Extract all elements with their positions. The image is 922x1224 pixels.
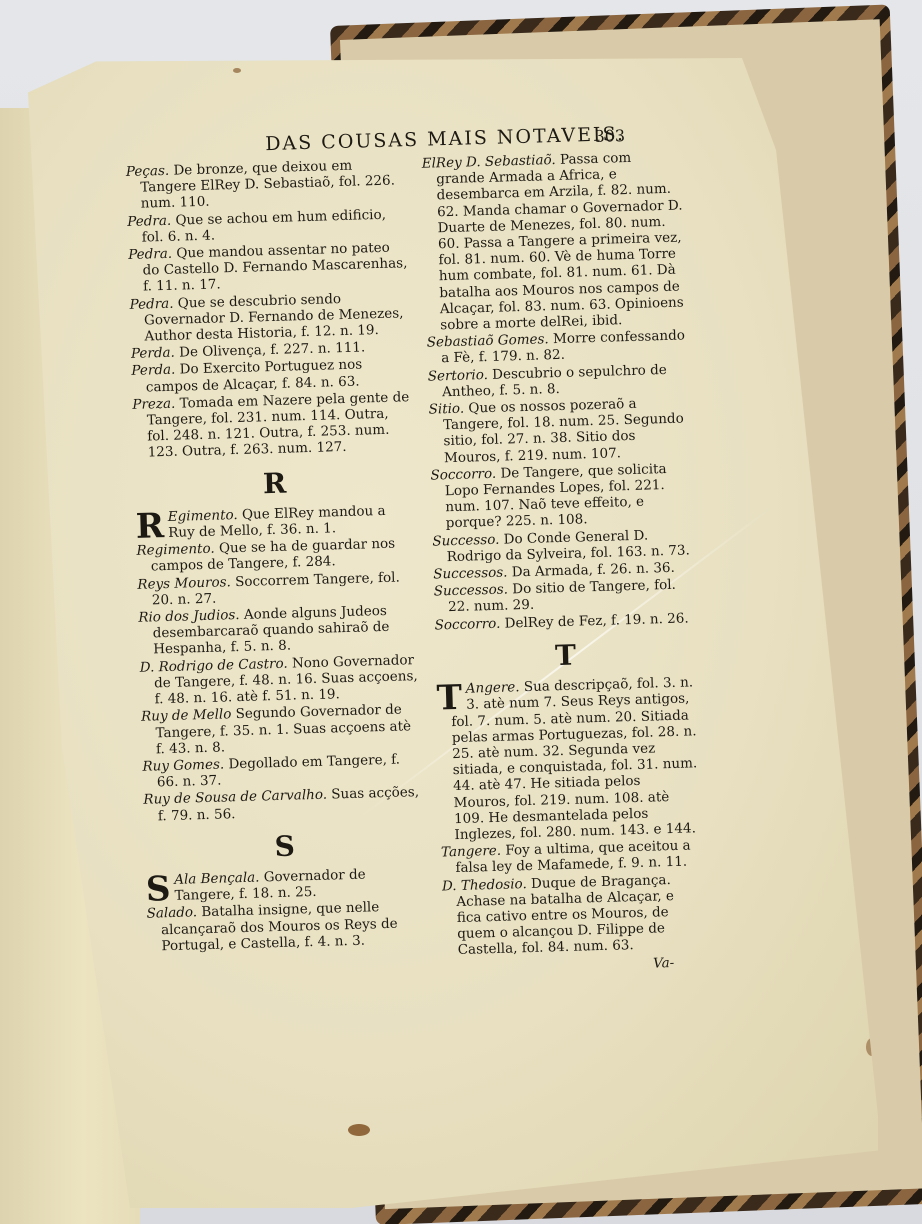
index-entry: ElRey D. Sebastiaõ. Passa com grande Arm…	[422, 148, 687, 333]
index-entry: Sitio. Que os nossos pozeraõ a Tangere, …	[428, 394, 690, 466]
left-column: Peças. De bronze, que deixou em Tangere …	[126, 156, 429, 985]
index-entry: Preza. Tomada em Nazere pela gente de Ta…	[132, 389, 414, 462]
page-number: 303	[594, 128, 625, 145]
index-entry: TAngere. Sua descripçaõ, fol. 3. n. 3. a…	[436, 674, 700, 843]
right-column: ElRey D. Sebastiaõ. Passa com grande Arm…	[422, 148, 705, 977]
index-entry: D. Thedosio. Duque de Bragança. Achase n…	[442, 871, 704, 959]
index-entry: Pedra. Que se descubrio sendo Governador…	[129, 289, 410, 345]
dropcap: T	[436, 683, 462, 714]
index-entry: D. Rodrigo de Castro. Nono Governador de…	[140, 652, 421, 708]
section-letter-r: R	[134, 472, 414, 496]
index-text: DAS COUSAS MAIS NOTAVEIS. 303 Peças. De …	[125, 122, 789, 1010]
section-letter-s: S	[145, 835, 425, 859]
dropcap: R	[135, 511, 164, 542]
stain	[233, 68, 241, 73]
index-entry: Ruy de Sousa de Carvalho. Suas acções, f…	[143, 784, 424, 824]
index-entry: Rio dos Judios. Aonde alguns Judeos dese…	[138, 602, 419, 658]
index-entry: Pedra. Que mandou assentar no pateo do C…	[128, 239, 409, 295]
index-entry: Soccorro. De Tangere, que solicita Lopo …	[430, 460, 692, 532]
index-entry: Peças. De bronze, que deixou em Tangere …	[126, 156, 407, 212]
section-letter-t: T	[435, 644, 695, 667]
index-entry: Salado. Batalha insigne, que nelle alcan…	[146, 898, 427, 954]
dropcap: S	[146, 874, 171, 905]
index-entry: Ruy de Mello Segundo Governador de Tange…	[141, 701, 422, 757]
stain	[348, 1124, 370, 1136]
